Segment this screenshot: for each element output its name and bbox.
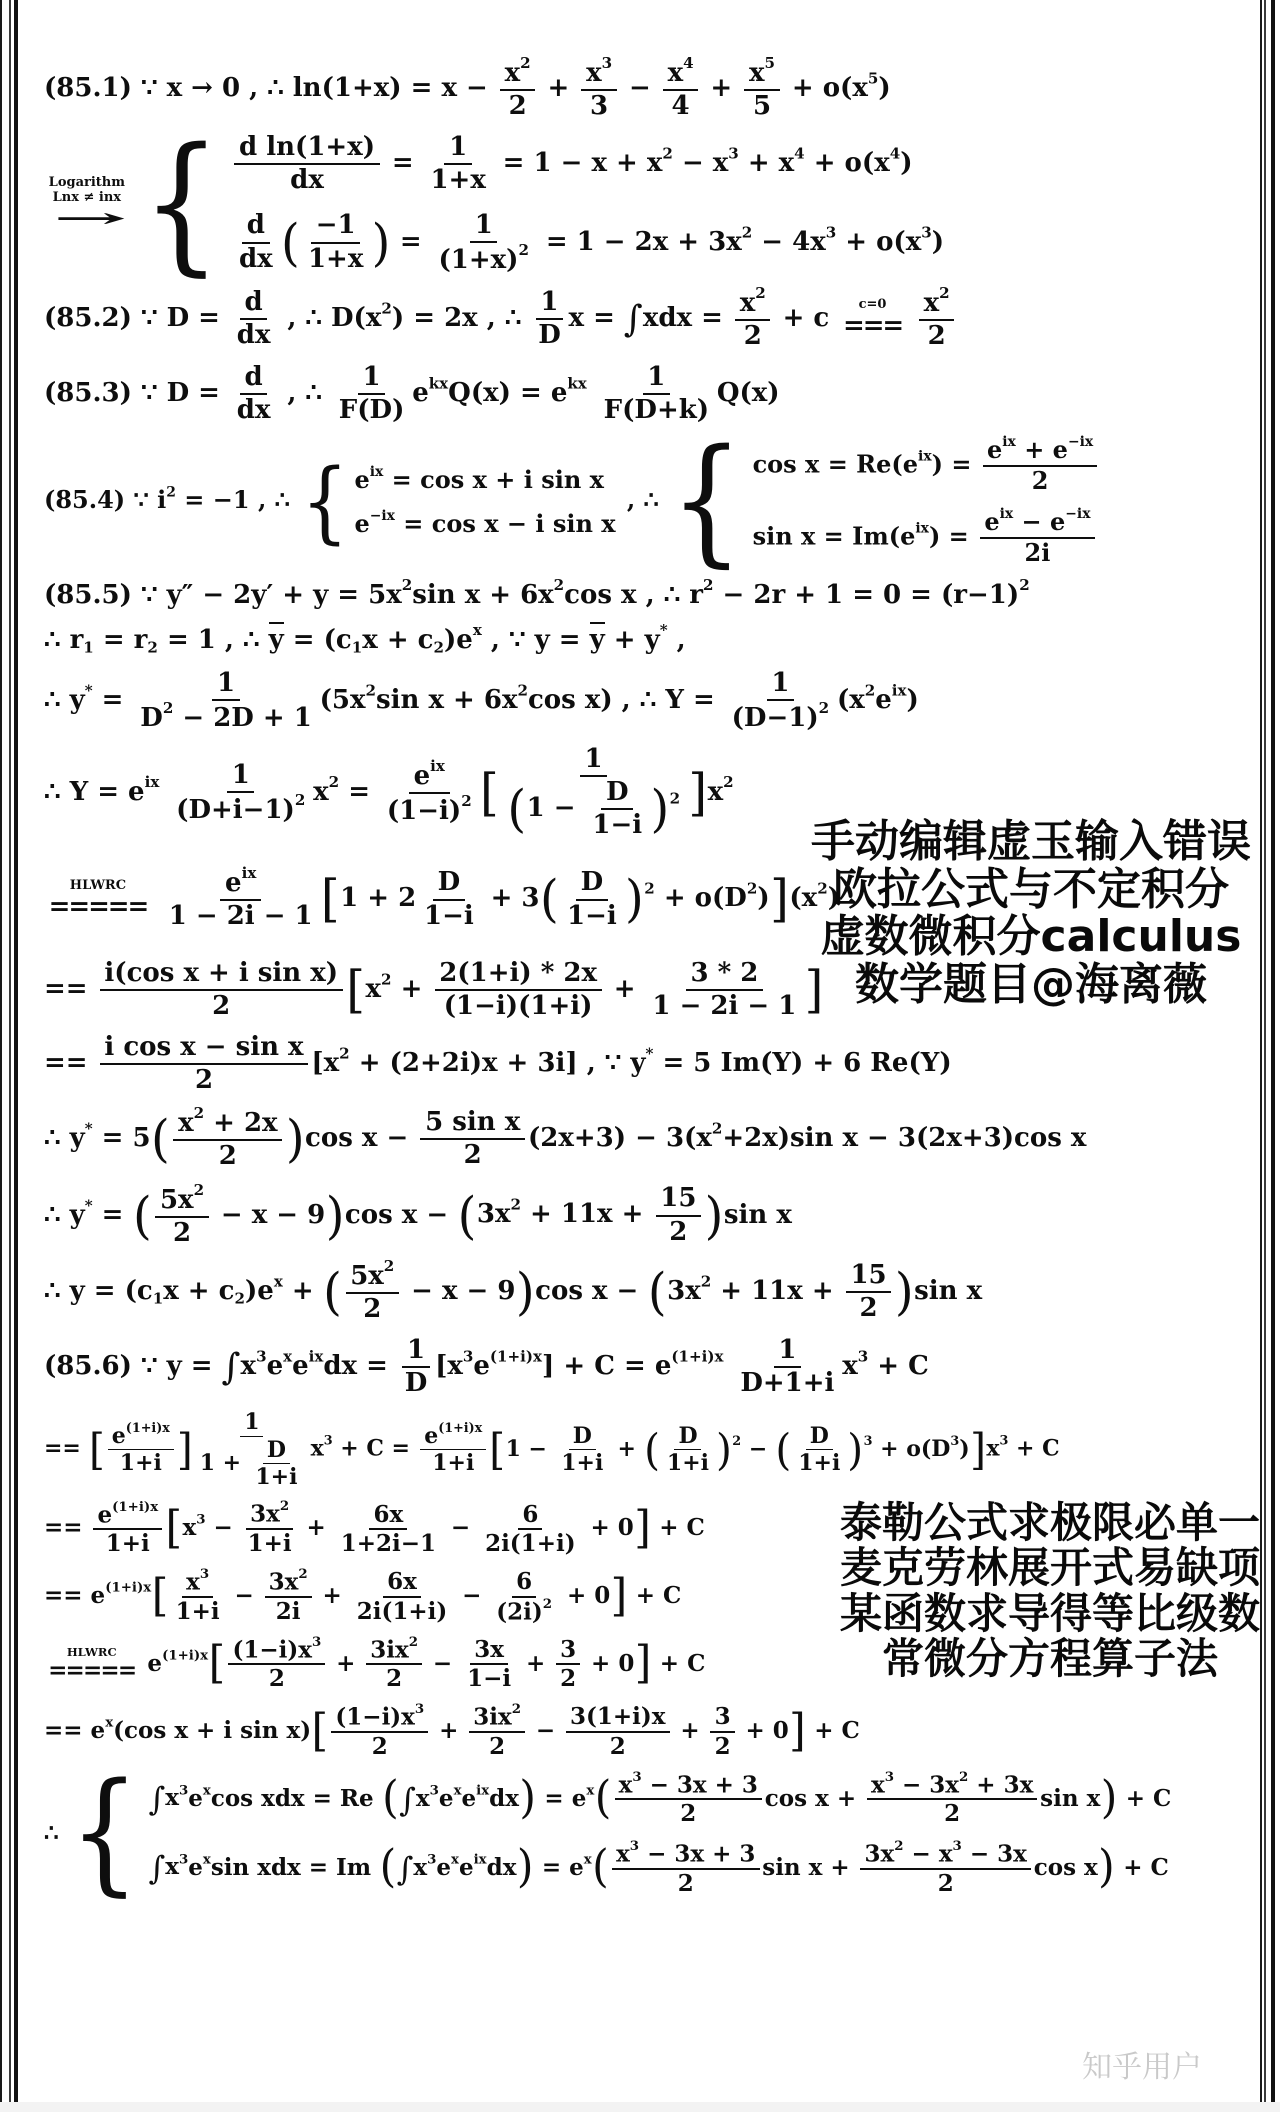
formula-85-3-shift-rule: (85.3) ∵ D = ddx , ∴ 1F(D)ekxQ(x) = ekx … (44, 362, 1250, 426)
formula-logarithm-derivative-system: LogarithmLnx ≠ inx→ {d ln(1+x)dx = 11+x … (44, 132, 1250, 276)
annotation-block-euler-topic: 手动编辑虚玉输入错误 欧拉公式与不定积分 虚数微积分calculus 数学题目@… (792, 818, 1270, 1008)
formula-85-5-particular: ∴ y* = 1D2 − 2D + 1(5x2sin x + 6x2cos x)… (44, 668, 1250, 734)
annotation-line: 虚数微积分calculus (792, 913, 1270, 961)
formula-85-5-ystar-simplified: ∴ y* = (5x22 − x − 9)cos x − (3x2 + 11x … (44, 1183, 1250, 1249)
formula-85-4-euler-system: (85.4) ∵ i2 = −1 , ∴ {eix = cos x + i si… (44, 436, 1250, 567)
annotation-line: 常微分方程算子法 (830, 1636, 1270, 1681)
formula-85-5-ode: (85.5) ∵ y″ − 2y′ + y = 5x2sin x + 6x2co… (44, 578, 1250, 613)
formula-85-1-ln-series: (85.1) ∵ x → 0 , ∴ ln(1+x) = x − x22 + x… (44, 56, 1250, 122)
annotation-line: 麦克劳林展开式易缺项 (830, 1545, 1270, 1590)
formula-85-6-final-system: ∴ {∫x3excos xdx = Re (∫x3exeixdx) = ex(x… (44, 1771, 1250, 1898)
annotation-line: 手动编辑虚玉输入错误 (792, 818, 1270, 866)
zhihu-user-watermark: 知乎用户 (1082, 2042, 1202, 2086)
formula-85-5-ystar-expanded: ∴ y* = 5(x2 + 2x2)cos x − 5 sin x2(2x+3)… (44, 1106, 1250, 1172)
formula-85-5-general-solution: ∴ y = (c1x + c2)ex + (5x22 − x − 9)cos x… (44, 1259, 1250, 1325)
bottom-edge-strip (0, 2102, 1280, 2112)
annotation-line: 某函数求导得等比级数 (830, 1591, 1270, 1636)
formula-85-5-im-re-step: == i cos x − sin x2[x2 + (2+2i)x + 3i] ,… (44, 1032, 1250, 1096)
math-notes-page: { "page": { "background": "#ffffff", "in… (0, 0, 1280, 2112)
left-frame-rule (0, 0, 22, 2112)
formula-85-5-roots: ∴ r1 = r2 = 1 , ∴ y = (c1x + c2)ex , ∵ y… (44, 623, 1250, 658)
formula-85-2-operator-d: (85.2) ∵ D = ddx , ∴ D(x2) = 2x , ∴ 1Dx … (44, 286, 1250, 352)
formula-85-6-geometric-expansion: == [e(1+i)x1+i]11 + D1+ix3 + C = e(1+i)x… (44, 1409, 1250, 1490)
formula-85-6-euler-substituted: == ex(cos x + i sin x)[(1−i)x32 + 3ix22 … (44, 1703, 1250, 1761)
annotation-line: 泰勒公式求极限必单一 (830, 1500, 1270, 1545)
annotation-block-taylor-topic: 泰勒公式求极限必单一 麦克劳林展开式易缺项 某函数求导得等比级数 常微分方程算子… (830, 1500, 1270, 1681)
formula-85-6-integral: (85.6) ∵ y = ∫x3exeixdx = 1D[x3e(1+i)x] … (44, 1335, 1250, 1399)
annotation-line: 数学题目@海离薇 (792, 961, 1270, 1009)
right-frame-rule (1258, 0, 1280, 2112)
annotation-line: 欧拉公式与不定积分 (792, 866, 1270, 914)
